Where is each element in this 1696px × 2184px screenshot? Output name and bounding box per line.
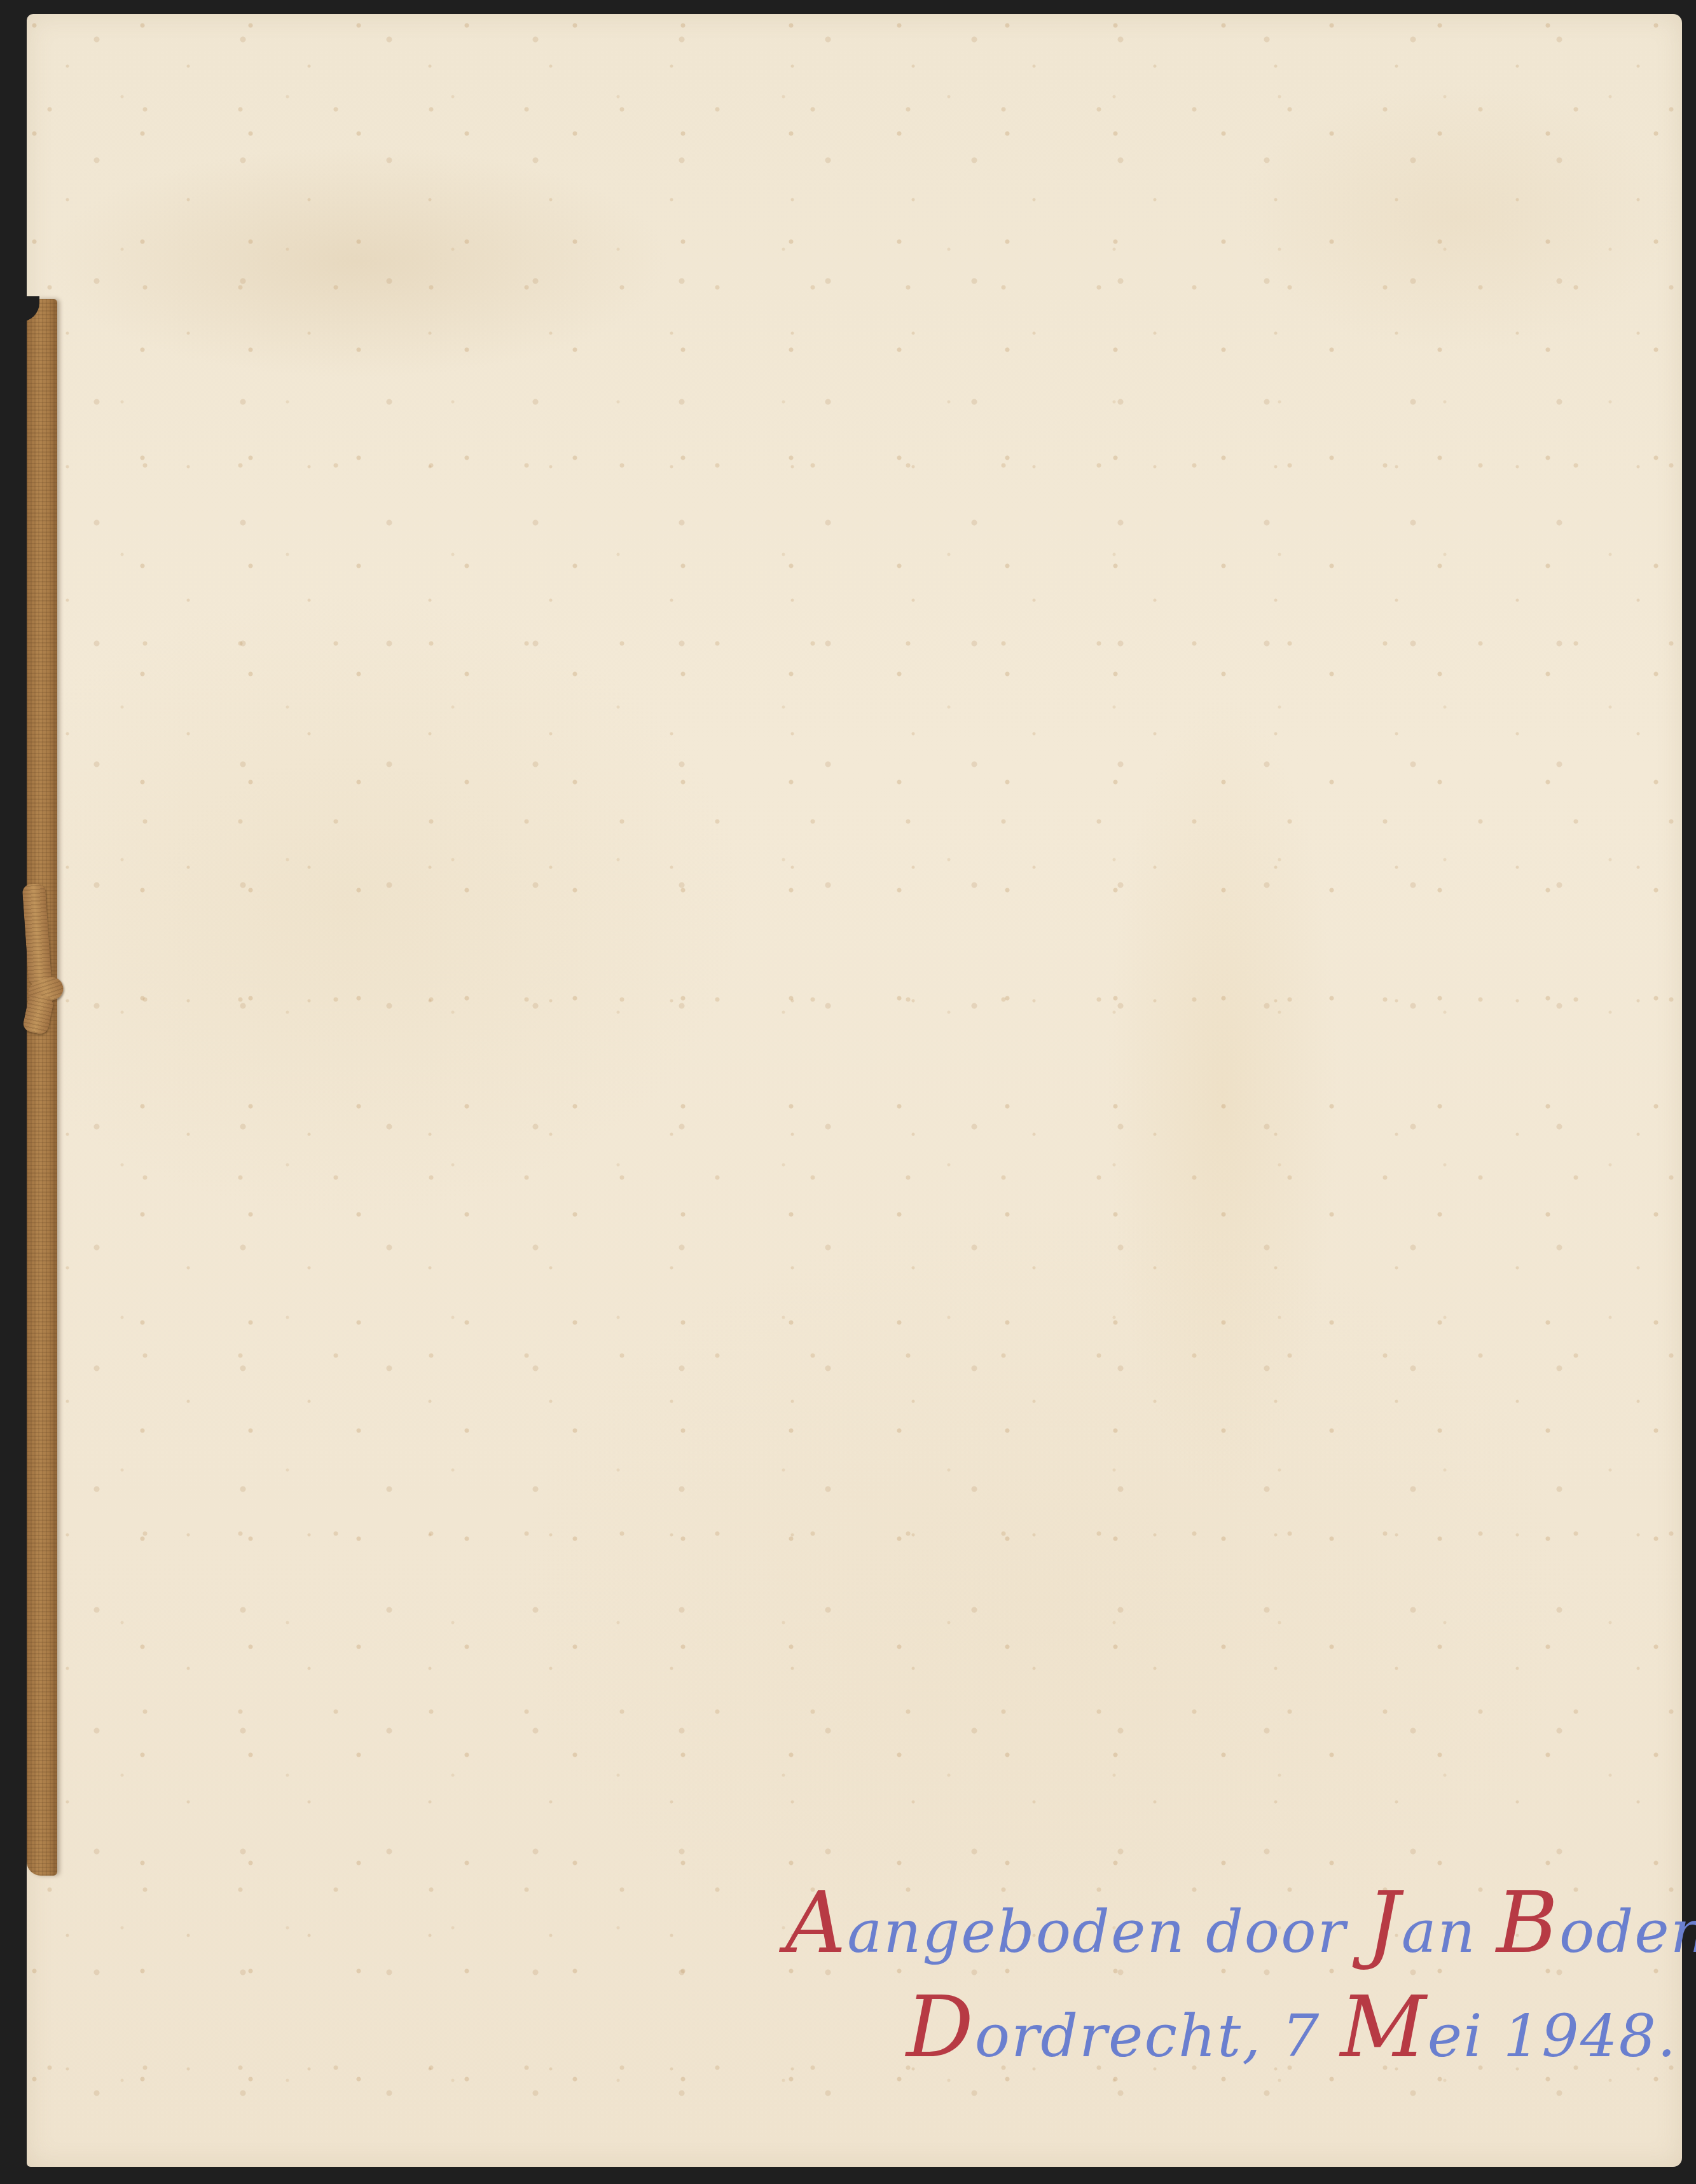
ribbon-loop [22, 883, 52, 986]
initial-a: A [785, 1874, 847, 1972]
initial-b: B [1496, 1874, 1559, 1972]
text-an: an [1402, 1898, 1496, 1966]
inscription-line-presented-by: Aangeboden door Jan Boden [785, 1876, 1663, 1980]
ribbon-knot [25, 884, 65, 1062]
text-ordrecht-7: ordrecht, 7 [975, 2002, 1341, 2070]
booklet-cover [27, 14, 1682, 2167]
inscription-line-place-date: Dordrecht, 7 Mei 1948. [785, 1980, 1663, 2084]
binding-ribbon [27, 299, 57, 1876]
initial-m: M [1341, 1979, 1428, 2077]
paper-foxing-texture [27, 14, 1682, 2167]
text-oden: oden [1559, 1898, 1696, 1966]
ribbon-loop [22, 992, 55, 1035]
text-angeboden-door: angeboden door [847, 1898, 1366, 1966]
handwritten-inscription: Aangeboden door Jan Boden Dordrecht, 7 M… [785, 1876, 1663, 2084]
text-ei-1948: ei 1948. [1428, 2002, 1678, 2070]
initial-j: J [1367, 1874, 1402, 1972]
scanned-page: Aangeboden door Jan Boden Dordrecht, 7 M… [0, 0, 1696, 2184]
initial-d: D [906, 1979, 975, 2077]
